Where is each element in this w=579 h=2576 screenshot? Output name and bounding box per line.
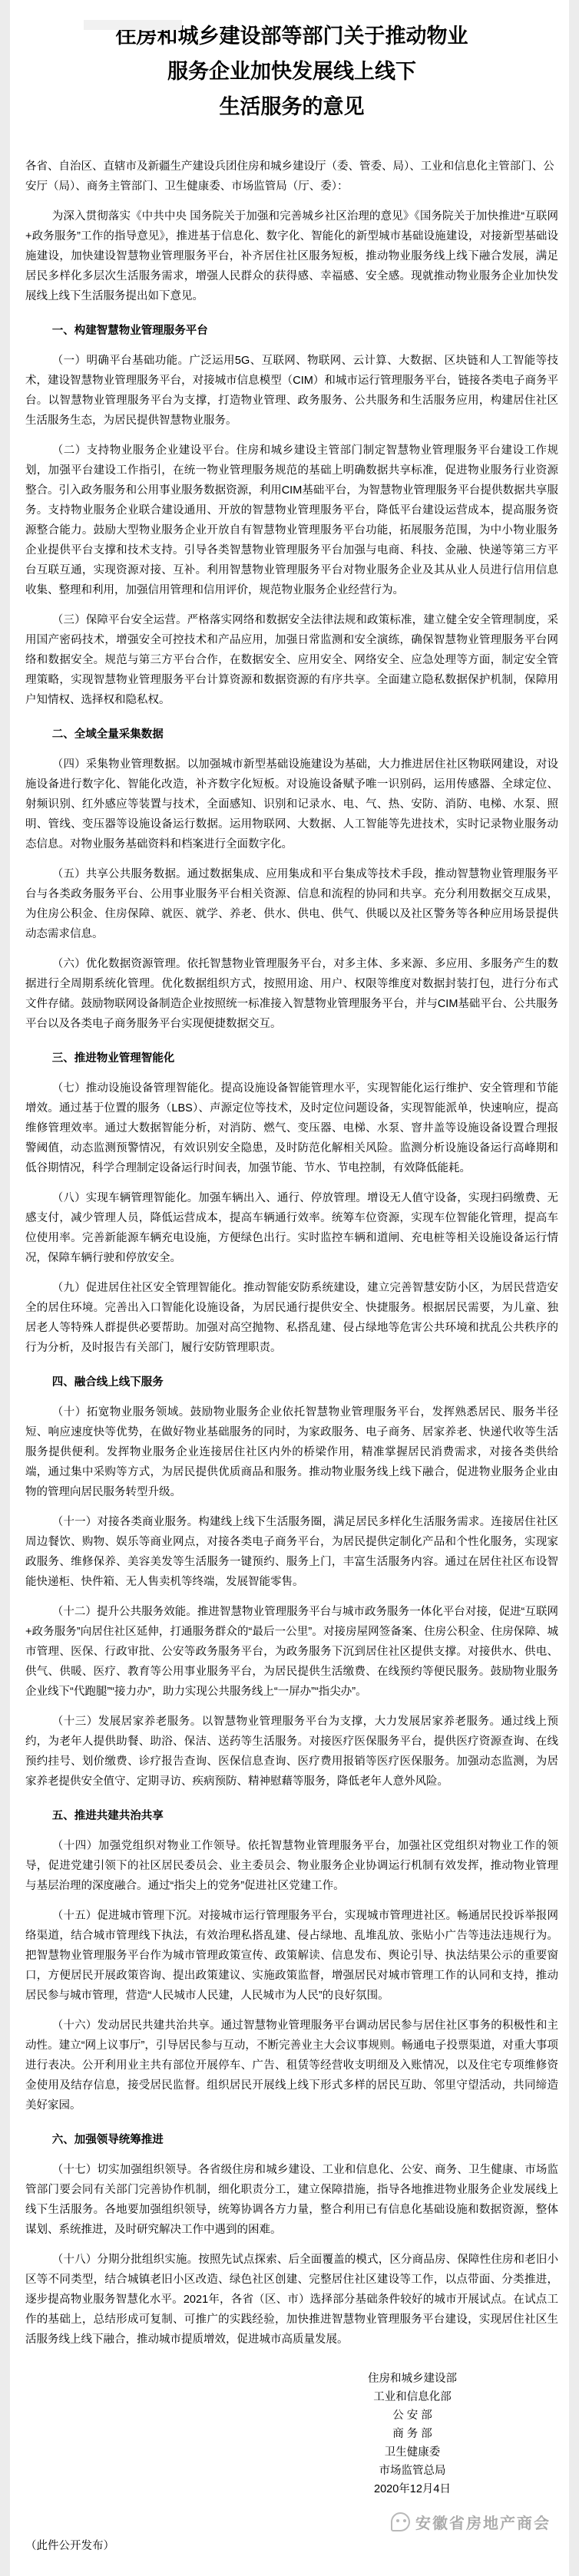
paragraph-17: （十七）切实加强组织领导。各省级住房和城乡建设、工业和信息化、公安、商务、卫生健… — [25, 2160, 558, 2240]
paragraph-11: （十一）对接各类商业服务。构建线上线下生活服务圈，满足居民多样化生活服务需求。连… — [25, 1512, 558, 1592]
chamber-logo-icon — [391, 2512, 410, 2531]
document-viewport: { "colors": { "text": "#000000", "backgr… — [0, 0, 579, 2576]
addressee-line: 各省、自治区、直辖市及新疆生产建设兵团住房和城乡建设厅（委、管委、局）、工业和信… — [25, 157, 558, 197]
paragraph-4: （四）采集物业管理数据。以加强城市新型基础设施建设为基础，大力推进居住社区物联网… — [25, 755, 558, 854]
section-6-heading: 六、加强领导统筹推进 — [25, 2130, 558, 2150]
title-line-3: 生活服务的意见 — [25, 89, 558, 124]
title-line-2: 服务企业加快发展线上线下 — [25, 54, 558, 89]
section-4-heading: 四、融合线上线下服务 — [25, 1372, 558, 1392]
watermark-text: 安徽省房地产商会 — [415, 2511, 551, 2533]
paragraph-13: （十三）发展居家养老服务。以智慧物业管理服务平台为支撑，大力发展居家养老服务。通… — [25, 1712, 558, 1792]
signature-ministry-3: 公 安 部 — [328, 2406, 497, 2425]
paragraph-6: （六）优化数据资源管理。依托智慧物业管理服务平台，对多主体、多来源、多应用、多服… — [25, 954, 558, 1034]
paragraph-10: （十）拓宽物业服务领域。鼓励物业服务企业依托智慧物业管理服务平台，发挥熟悉居民、… — [25, 1402, 558, 1502]
document-body: 各省、自治区、直辖市及新疆生产建设兵团住房和城乡建设厅（委、管委、局）、工业和信… — [25, 157, 558, 2350]
section-5-heading: 五、推进共建共治共享 — [25, 1806, 558, 1826]
section-1-heading: 一、构建智慧物业管理服务平台 — [25, 321, 558, 341]
signature-block: 住房和城乡建设部 工业和信息化部 公 安 部 商 务 部 卫生健康委 市场监管总… — [328, 2370, 497, 2498]
paragraph-2: （二）支持物业服务企业建设平台。住房和城乡建设主管部门制定智慧物业管理服务平台建… — [25, 441, 558, 600]
paragraph-14: （十四）加强党组织对物业工作领导。依托智慧物业管理服务平台，加强社区党组织对物业… — [25, 1836, 558, 1896]
signature-date: 2020年12月4日 — [328, 2480, 497, 2498]
signature-ministry-4: 商 务 部 — [328, 2425, 497, 2443]
section-3-heading: 三、推进物业管理智能化 — [25, 1049, 558, 1068]
paragraph-18: （十八）分期分批组织实施。按照先试点探索、后全面覆盖的模式，区分商品房、保障性住… — [25, 2250, 558, 2350]
paragraph-9: （九）促进居住社区安全管理智能化。推动智能安防系统建设，建立完善智慧安防小区，为… — [25, 1278, 558, 1358]
signature-ministry-6: 市场监管总局 — [328, 2462, 497, 2480]
paragraph-7: （七）推动设施设备管理智能化。提高设施设备智能管理水平，实现智能化运行维护、安全… — [25, 1078, 558, 1178]
document-title: 住房和城乡建设部等部门关于推动物业 服务企业加快发展线上线下 生活服务的意见 — [25, 18, 558, 124]
paragraph-5: （五）共享公共服务数据。通过数据集成、应用集成和平台集成等技术手段，推动智慧物业… — [25, 864, 558, 944]
document-page: 住房和城乡建设部等部门关于推动物业 服务企业加快发展线上线下 生活服务的意见 各… — [10, 0, 569, 2576]
watermark: 安徽省房地产商会 — [25, 2511, 551, 2533]
signature-ministry-5: 卫生健康委 — [328, 2443, 497, 2462]
footer-note: （此件公开发布） — [25, 2536, 558, 2556]
signature-ministry-1: 住房和城乡建设部 — [328, 2370, 497, 2388]
paragraph-16: （十六）发动居民共建共治共享。通过智慧物业管理服务平台调动居民参与居住社区事务的… — [25, 2016, 558, 2115]
intro-paragraph: 为深入贯彻落实《中共中央 国务院关于加强和完善城乡社区治理的意见》《国务院关于加… — [25, 206, 558, 306]
paragraph-3: （三）保障平台安全运营。严格落实网络和数据安全法律法规和政策标准，建立健全安全管… — [25, 610, 558, 710]
paragraph-15: （十五）促进城市管理下沉。对接城市运行管理服务平台，实现城市管理进社区。畅通居民… — [25, 1906, 558, 2006]
signature-ministry-2: 工业和信息化部 — [328, 2388, 497, 2406]
section-2-heading: 二、全域全量采集数据 — [25, 725, 558, 745]
paragraph-12: （十二）提升公共服务效能。推进智慧物业管理服务平台与城市政务服务一体化平台对接，… — [25, 1602, 558, 1702]
paragraph-1: （一）明确平台基础功能。广泛运用5G、互联网、物联网、云计算、大数据、区块链和人… — [25, 351, 558, 431]
paragraph-8: （八）实现车辆管理智能化。加强车辆出入、通行、停放管理。增设无人值守设备，实现扫… — [25, 1188, 558, 1268]
highlight-artifact — [84, 20, 182, 30]
